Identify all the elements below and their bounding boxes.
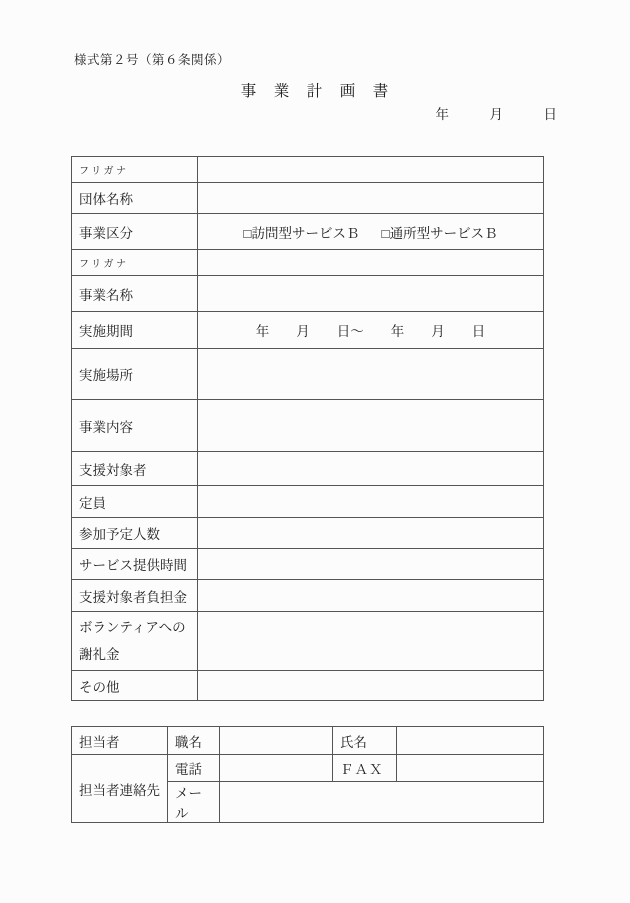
value-business-content xyxy=(198,400,544,452)
table-row: その他 xyxy=(72,671,544,701)
document-page: 様式第２号（第６条関係） 事 業 計 画 書 年 月 日 フリガナ 団体名称 事… xyxy=(0,0,630,903)
label-volunteer-reward: ボランティアへの 謝礼金 xyxy=(72,612,198,671)
value-expected-participants xyxy=(198,518,544,549)
value-project-name xyxy=(198,276,544,312)
label-manager: 担当者 xyxy=(72,727,168,755)
form-number: 様式第２号（第６条関係） xyxy=(74,50,230,68)
label-project-name: 事業名称 xyxy=(72,276,198,312)
page-title: 事 業 計 画 書 xyxy=(0,79,630,101)
value-project-furigana xyxy=(198,250,544,276)
date-line: 年 月 日 xyxy=(436,103,558,123)
table-row: ボランティアへの 謝礼金 xyxy=(72,612,544,671)
value-business-category: □訪問型サービスＢ□通所型サービスＢ xyxy=(198,214,544,250)
table-row: 定員 xyxy=(72,486,544,518)
table-row: 事業内容 xyxy=(72,400,544,452)
table-row: 実施期間 年 月 日～ 年 月 日 xyxy=(72,312,544,349)
contact-table: 担当者 職名 氏名 担当者連絡先 電話 ＦＡＸ メール xyxy=(71,726,544,823)
value-email xyxy=(220,782,544,823)
label-job-title: 職名 xyxy=(168,727,220,755)
label-organization-furigana: フリガナ xyxy=(72,157,198,183)
label-capacity: 定員 xyxy=(72,486,198,518)
label-expected-participants: 参加予定人数 xyxy=(72,518,198,549)
value-other xyxy=(198,671,544,701)
table-row: 担当者連絡先 電話 ＦＡＸ xyxy=(72,755,544,782)
label-business-category: 事業区分 xyxy=(72,214,198,250)
value-implementation-period: 年 月 日～ 年 月 日 xyxy=(198,312,544,349)
plan-table: フリガナ 団体名称 事業区分 □訪問型サービスＢ□通所型サービスＢ フリガナ 事… xyxy=(71,156,544,701)
label-organization-name: 団体名称 xyxy=(72,183,198,214)
table-row: フリガナ xyxy=(72,250,544,276)
table-row: 事業区分 □訪問型サービスＢ□通所型サービスＢ xyxy=(72,214,544,250)
value-organization-furigana xyxy=(198,157,544,183)
value-fax xyxy=(397,755,544,782)
label-support-target: 支援対象者 xyxy=(72,452,198,486)
label-manager-contact: 担当者連絡先 xyxy=(72,755,168,823)
table-row: 担当者 職名 氏名 xyxy=(72,727,544,755)
checkbox-visit-service-b[interactable]: □訪問型サービスＢ xyxy=(243,222,359,242)
value-service-hours xyxy=(198,549,544,580)
value-organization-name xyxy=(198,183,544,214)
label-fax: ＦＡＸ xyxy=(333,755,397,782)
label-phone: 電話 xyxy=(168,755,220,782)
label-service-hours: サービス提供時間 xyxy=(72,549,198,580)
table-row: 参加予定人数 xyxy=(72,518,544,549)
label-business-content: 事業内容 xyxy=(72,400,198,452)
value-implementation-place xyxy=(198,349,544,400)
label-implementation-period: 実施期間 xyxy=(72,312,198,349)
value-volunteer-reward xyxy=(198,612,544,671)
table-row: サービス提供時間 xyxy=(72,549,544,580)
label-implementation-place: 実施場所 xyxy=(72,349,198,400)
value-target-fee xyxy=(198,580,544,612)
table-row: フリガナ xyxy=(72,157,544,183)
value-name xyxy=(397,727,544,755)
table-row: 実施場所 xyxy=(72,349,544,400)
label-project-furigana: フリガナ xyxy=(72,250,198,276)
table-row: 事業名称 xyxy=(72,276,544,312)
value-job-title xyxy=(220,727,333,755)
checkbox-commute-service-b[interactable]: □通所型サービスＢ xyxy=(382,222,498,242)
label-name: 氏名 xyxy=(333,727,397,755)
table-row: 支援対象者 xyxy=(72,452,544,486)
table-row: 支援対象者負担金 xyxy=(72,580,544,612)
label-target-fee: 支援対象者負担金 xyxy=(72,580,198,612)
label-other: その他 xyxy=(72,671,198,701)
value-phone xyxy=(220,755,333,782)
value-support-target xyxy=(198,452,544,486)
label-email: メール xyxy=(168,782,220,823)
value-capacity xyxy=(198,486,544,518)
table-row: 団体名称 xyxy=(72,183,544,214)
